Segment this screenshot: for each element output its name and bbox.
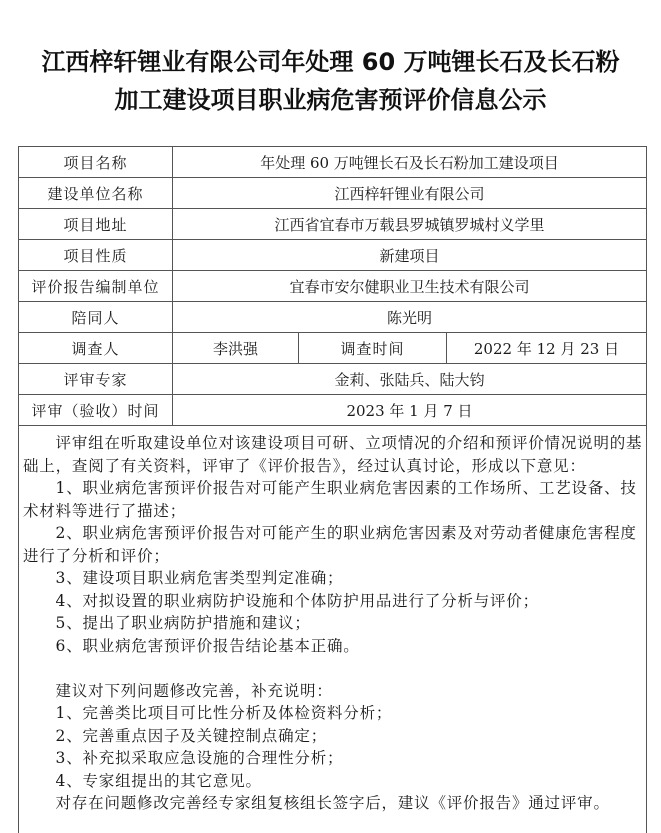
table-row: 建设单位名称 江西梓轩锂业有限公司 [19, 178, 647, 209]
table-row: 项目名称 年处理 60 万吨锂长石及长石粉加工建设项目 [19, 147, 647, 178]
finding-item: 1、职业病危害预评价报告对可能产生职业病危害因素的工作场所、工艺设备、技术材料等… [23, 477, 644, 522]
project-name-label: 项目名称 [19, 147, 173, 178]
investigator-value: 李洪强 [173, 333, 299, 364]
table-row: 项目地址 江西省宜春市万载县罗城镇罗城村义学里 [19, 209, 647, 240]
companion-value: 陈光明 [173, 302, 647, 333]
document-title-line-1: 江西梓轩锂业有限公司年处理 60 万吨锂长石及长石粉 [0, 42, 661, 77]
finding-item: 4、对拟设置的职业病防护设施和个体防护用品进行了分析与评价； [23, 590, 644, 613]
conclusion: 对存在问题修改完善经专家组复核组长签字后，建议《评价报告》通过评审。 [23, 792, 644, 815]
finding-item: 6、职业病危害预评价报告结论基本正确。 [23, 635, 644, 658]
experts-label: 评审专家 [19, 364, 173, 395]
info-table: 项目名称 年处理 60 万吨锂长石及长石粉加工建设项目 建设单位名称 江西梓轩锂… [18, 146, 647, 833]
table-row: 评审专家 金莉、张陆兵、陆大钧 [19, 364, 647, 395]
suggest-heading: 建议对下列问题修改完善，补充说明： [23, 680, 644, 703]
nature-value: 新建项目 [173, 240, 647, 271]
address-label: 项目地址 [19, 209, 173, 240]
investigation-time-value: 2022 年 12 月 23 日 [447, 333, 647, 364]
project-name-value: 年处理 60 万吨锂长石及长石粉加工建设项目 [173, 147, 647, 178]
opinion-row: 评审组在听取建设单位对该建设项目可研、立项情况的介绍和预评价情况说明的基础上，查… [19, 426, 647, 833]
table-row: 评审（验收）时间 2023 年 1 月 7 日 [19, 395, 647, 426]
review-time-value: 2023 年 1 月 7 日 [173, 395, 647, 426]
opinion-intro: 评审组在听取建设单位对该建设项目可研、立项情况的介绍和预评价情况说明的基础上，查… [23, 432, 644, 477]
suggestion-item: 3、补充拟采取应急设施的合理性分析； [23, 747, 644, 770]
suggestion-item: 1、完善类比项目可比性分析及体检资料分析； [23, 702, 644, 725]
investigation-time-label: 调查时间 [299, 333, 447, 364]
builder-label: 建设单位名称 [19, 178, 173, 209]
suggestion-item: 4、专家组提出的其它意见。 [23, 770, 644, 793]
companion-label: 陪同人 [19, 302, 173, 333]
document-title-line-2: 加工建设项目职业病危害预评价信息公示 [0, 80, 661, 115]
nature-label: 项目性质 [19, 240, 173, 271]
report-unit-value: 宜春市安尔健职业卫生技术有限公司 [173, 271, 647, 302]
review-time-label: 评审（验收）时间 [19, 395, 173, 426]
finding-item: 3、建设项目职业病危害类型判定准确； [23, 567, 644, 590]
investigator-label: 调查人 [19, 333, 173, 364]
finding-item: 5、提出了职业病防护措施和建议； [23, 612, 644, 635]
review-opinion: 评审组在听取建设单位对该建设项目可研、立项情况的介绍和预评价情况说明的基础上，查… [19, 426, 647, 833]
finding-item: 2、职业病危害预评价报告对可能产生的职业病危害因素及对劳动者健康危害程度进行了分… [23, 522, 644, 567]
table-row: 评价报告编制单位 宜春市安尔健职业卫生技术有限公司 [19, 271, 647, 302]
address-value: 江西省宜春市万载县罗城镇罗城村义学里 [173, 209, 647, 240]
table-row: 陪同人 陈光明 [19, 302, 647, 333]
spacer [23, 657, 644, 680]
builder-value: 江西梓轩锂业有限公司 [173, 178, 647, 209]
report-unit-label: 评价报告编制单位 [19, 271, 173, 302]
suggestion-item: 2、完善重点因子及关键控制点确定； [23, 725, 644, 748]
table-row: 项目性质 新建项目 [19, 240, 647, 271]
experts-value: 金莉、张陆兵、陆大钧 [173, 364, 647, 395]
table-row: 调查人 李洪强 调查时间 2022 年 12 月 23 日 [19, 333, 647, 364]
